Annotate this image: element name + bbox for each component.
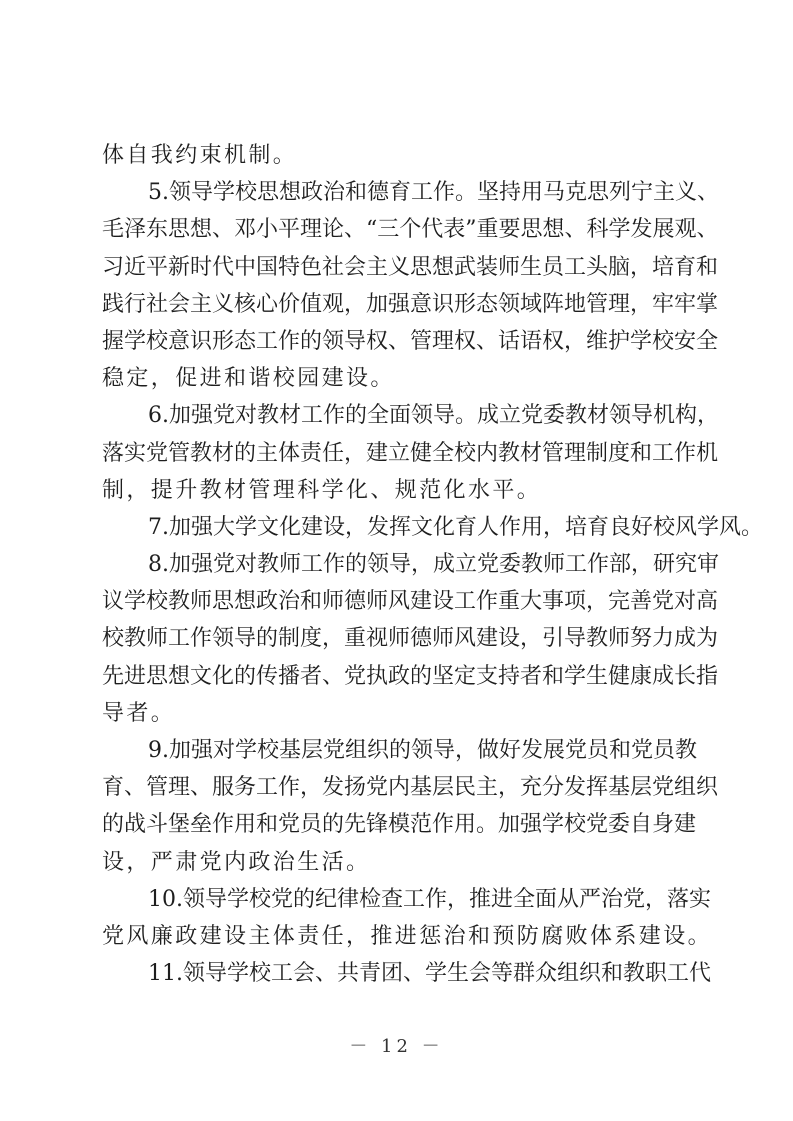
text-line: 毛泽东思想、邓小平理论、“三个代表”重要思想、科学发展观、: [102, 211, 694, 248]
text-line: 8.加强党对教师工作的领导，成立党委教师工作部，研究审: [102, 546, 694, 583]
text-line: 落实党管教材的主体责任，建立健全校内教材管理制度和工作机: [102, 435, 694, 472]
text-line: 5.领导学校思想政治和德育工作。坚持用马克思列宁主义、: [102, 174, 694, 211]
text-line: 议学校教师思想政治和师德师风建设工作重大事项，完善党对高: [102, 583, 694, 620]
text-line: 践行社会主义核心价值观，加强意识形态领域阵地管理，牢牢掌: [102, 286, 694, 323]
text-line: 9.加强对学校基层党组织的领导，做好发展党员和党员教: [102, 732, 694, 769]
text-line: 设，严肃党内政治生活。: [102, 844, 694, 881]
text-line: 校教师工作领导的制度，重视师德师风建设，引导教师努力成为: [102, 620, 694, 657]
body-text: 体自我约束机制。 5.领导学校思想政治和德育工作。坚持用马克思列宁主义、 毛泽东…: [102, 137, 694, 992]
text-line: 7.加强大学文化建设，发挥文化育人作用，培育良好校风学风。: [102, 509, 694, 546]
document-page: 体自我约束机制。 5.领导学校思想政治和德育工作。坚持用马克思列宁主义、 毛泽东…: [0, 0, 793, 1121]
text-line: 育、管理、服务工作，发扬党内基层民主，充分发挥基层党组织: [102, 769, 694, 806]
text-line: 党风廉政建设主体责任，推进惩治和预防腐败体系建设。: [102, 918, 694, 955]
text-line: 11.领导学校工会、共青团、学生会等群众组织和教职工代: [102, 955, 694, 992]
text-line: 握学校意识形态工作的领导权、管理权、话语权，维护学校安全: [102, 323, 694, 360]
text-line: 6.加强党对教材工作的全面领导。成立党委教材领导机构，: [102, 397, 694, 434]
text-line: 习近平新时代中国特色社会主义思想武装师生员工头脑，培育和: [102, 249, 694, 286]
text-line: 10.领导学校党的纪律检查工作，推进全面从严治党，落实: [102, 881, 694, 918]
text-line: 的战斗堡垒作用和党员的先锋模范作用。加强学校党委自身建: [102, 806, 694, 843]
text-line: 导者。: [102, 695, 694, 732]
text-line: 体自我约束机制。: [102, 137, 694, 174]
page-number: － 12 －: [0, 1032, 793, 1058]
text-line: 先进思想文化的传播者、党执政的坚定支持者和学生健康成长指: [102, 658, 694, 695]
text-line: 制，提升教材管理科学化、规范化水平。: [102, 472, 694, 509]
text-line: 稳定，促进和谐校园建设。: [102, 360, 694, 397]
